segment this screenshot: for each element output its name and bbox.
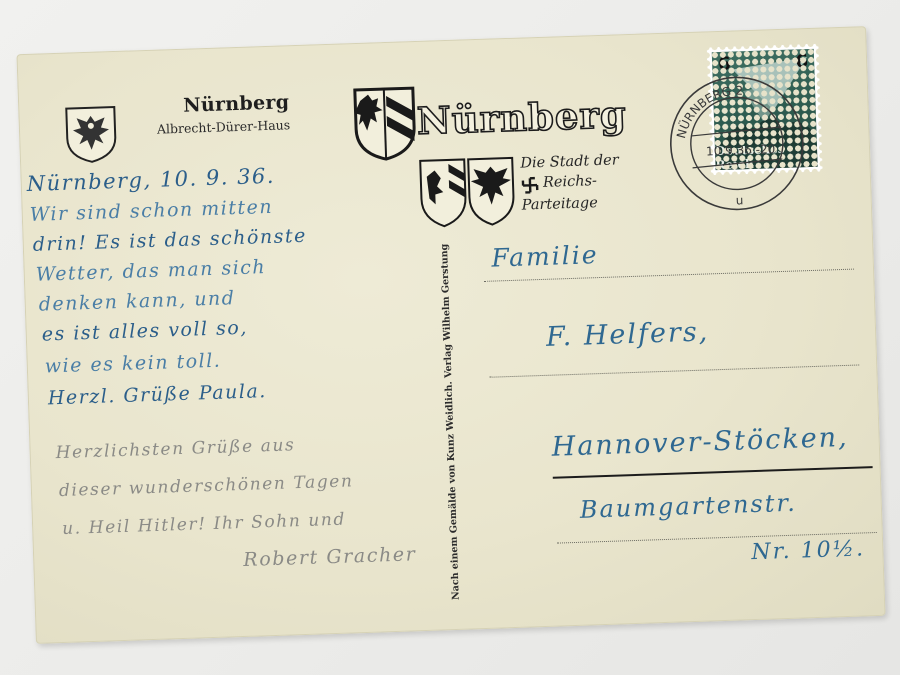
address-line-3: Hannover-Stöcken, [551, 422, 849, 463]
eagle-crest-icon [62, 103, 120, 165]
message-line: Nürnberg, 10. 9. 36. [26, 164, 275, 196]
publisher-imprint: Nach einem Gemälde von Kunz Weidlich. Ve… [439, 244, 462, 601]
swastika-icon [521, 176, 540, 195]
address-line-2: F. Helfers, [546, 316, 710, 352]
slogan-line-3: Parteitage [521, 195, 598, 214]
postcard: Nürnberg Albrecht-Dürer-Haus Nürnberg Di… [16, 26, 885, 644]
postmark-date: 10.9.36.-20 [706, 142, 776, 158]
message-line: Wetter, das man sich [35, 256, 266, 286]
pencil-line: dieser wunderschönen Tagen [59, 471, 354, 501]
split-eagle-crest-icon [352, 85, 418, 163]
message-line: drin! Es ist das schönste [32, 225, 307, 256]
pencil-signature: Robert Gracher [243, 543, 417, 571]
printed-city-title: Nürnberg [183, 91, 290, 117]
message-line: wie es kein toll. [44, 350, 221, 378]
address-line-5: Nr. 10½. [751, 536, 865, 565]
pencil-line: Herzlichsten Grüße aus [55, 435, 295, 463]
message-line: Herzl. Grüße Paula. [48, 380, 268, 409]
slogan-city-title: Nürnberg [416, 92, 627, 143]
address-line-1: Familie [491, 240, 599, 273]
message-line: es ist alles voll so, [41, 317, 248, 346]
printed-subtitle: Albrecht-Dürer-Haus [157, 117, 291, 136]
pencil-line: u. Heil Hitler! Ihr Sohn und [62, 510, 346, 539]
postmark: NÜRNBERG 2 10.9.36.-20 u [659, 66, 814, 221]
slogan-line-2: Reichs- [543, 173, 597, 191]
address-line-4: Baumgartenstr. [579, 489, 797, 524]
slogan-line-1: Die Stadt der [520, 152, 619, 171]
message-line: denken kann, und [38, 287, 235, 316]
address-solid-line [553, 466, 873, 479]
message-line: Wir sind schon mitten [29, 196, 273, 226]
double-crest-icon [418, 156, 516, 229]
postmark-code: u [735, 193, 743, 207]
address-dotted-line [489, 364, 859, 377]
